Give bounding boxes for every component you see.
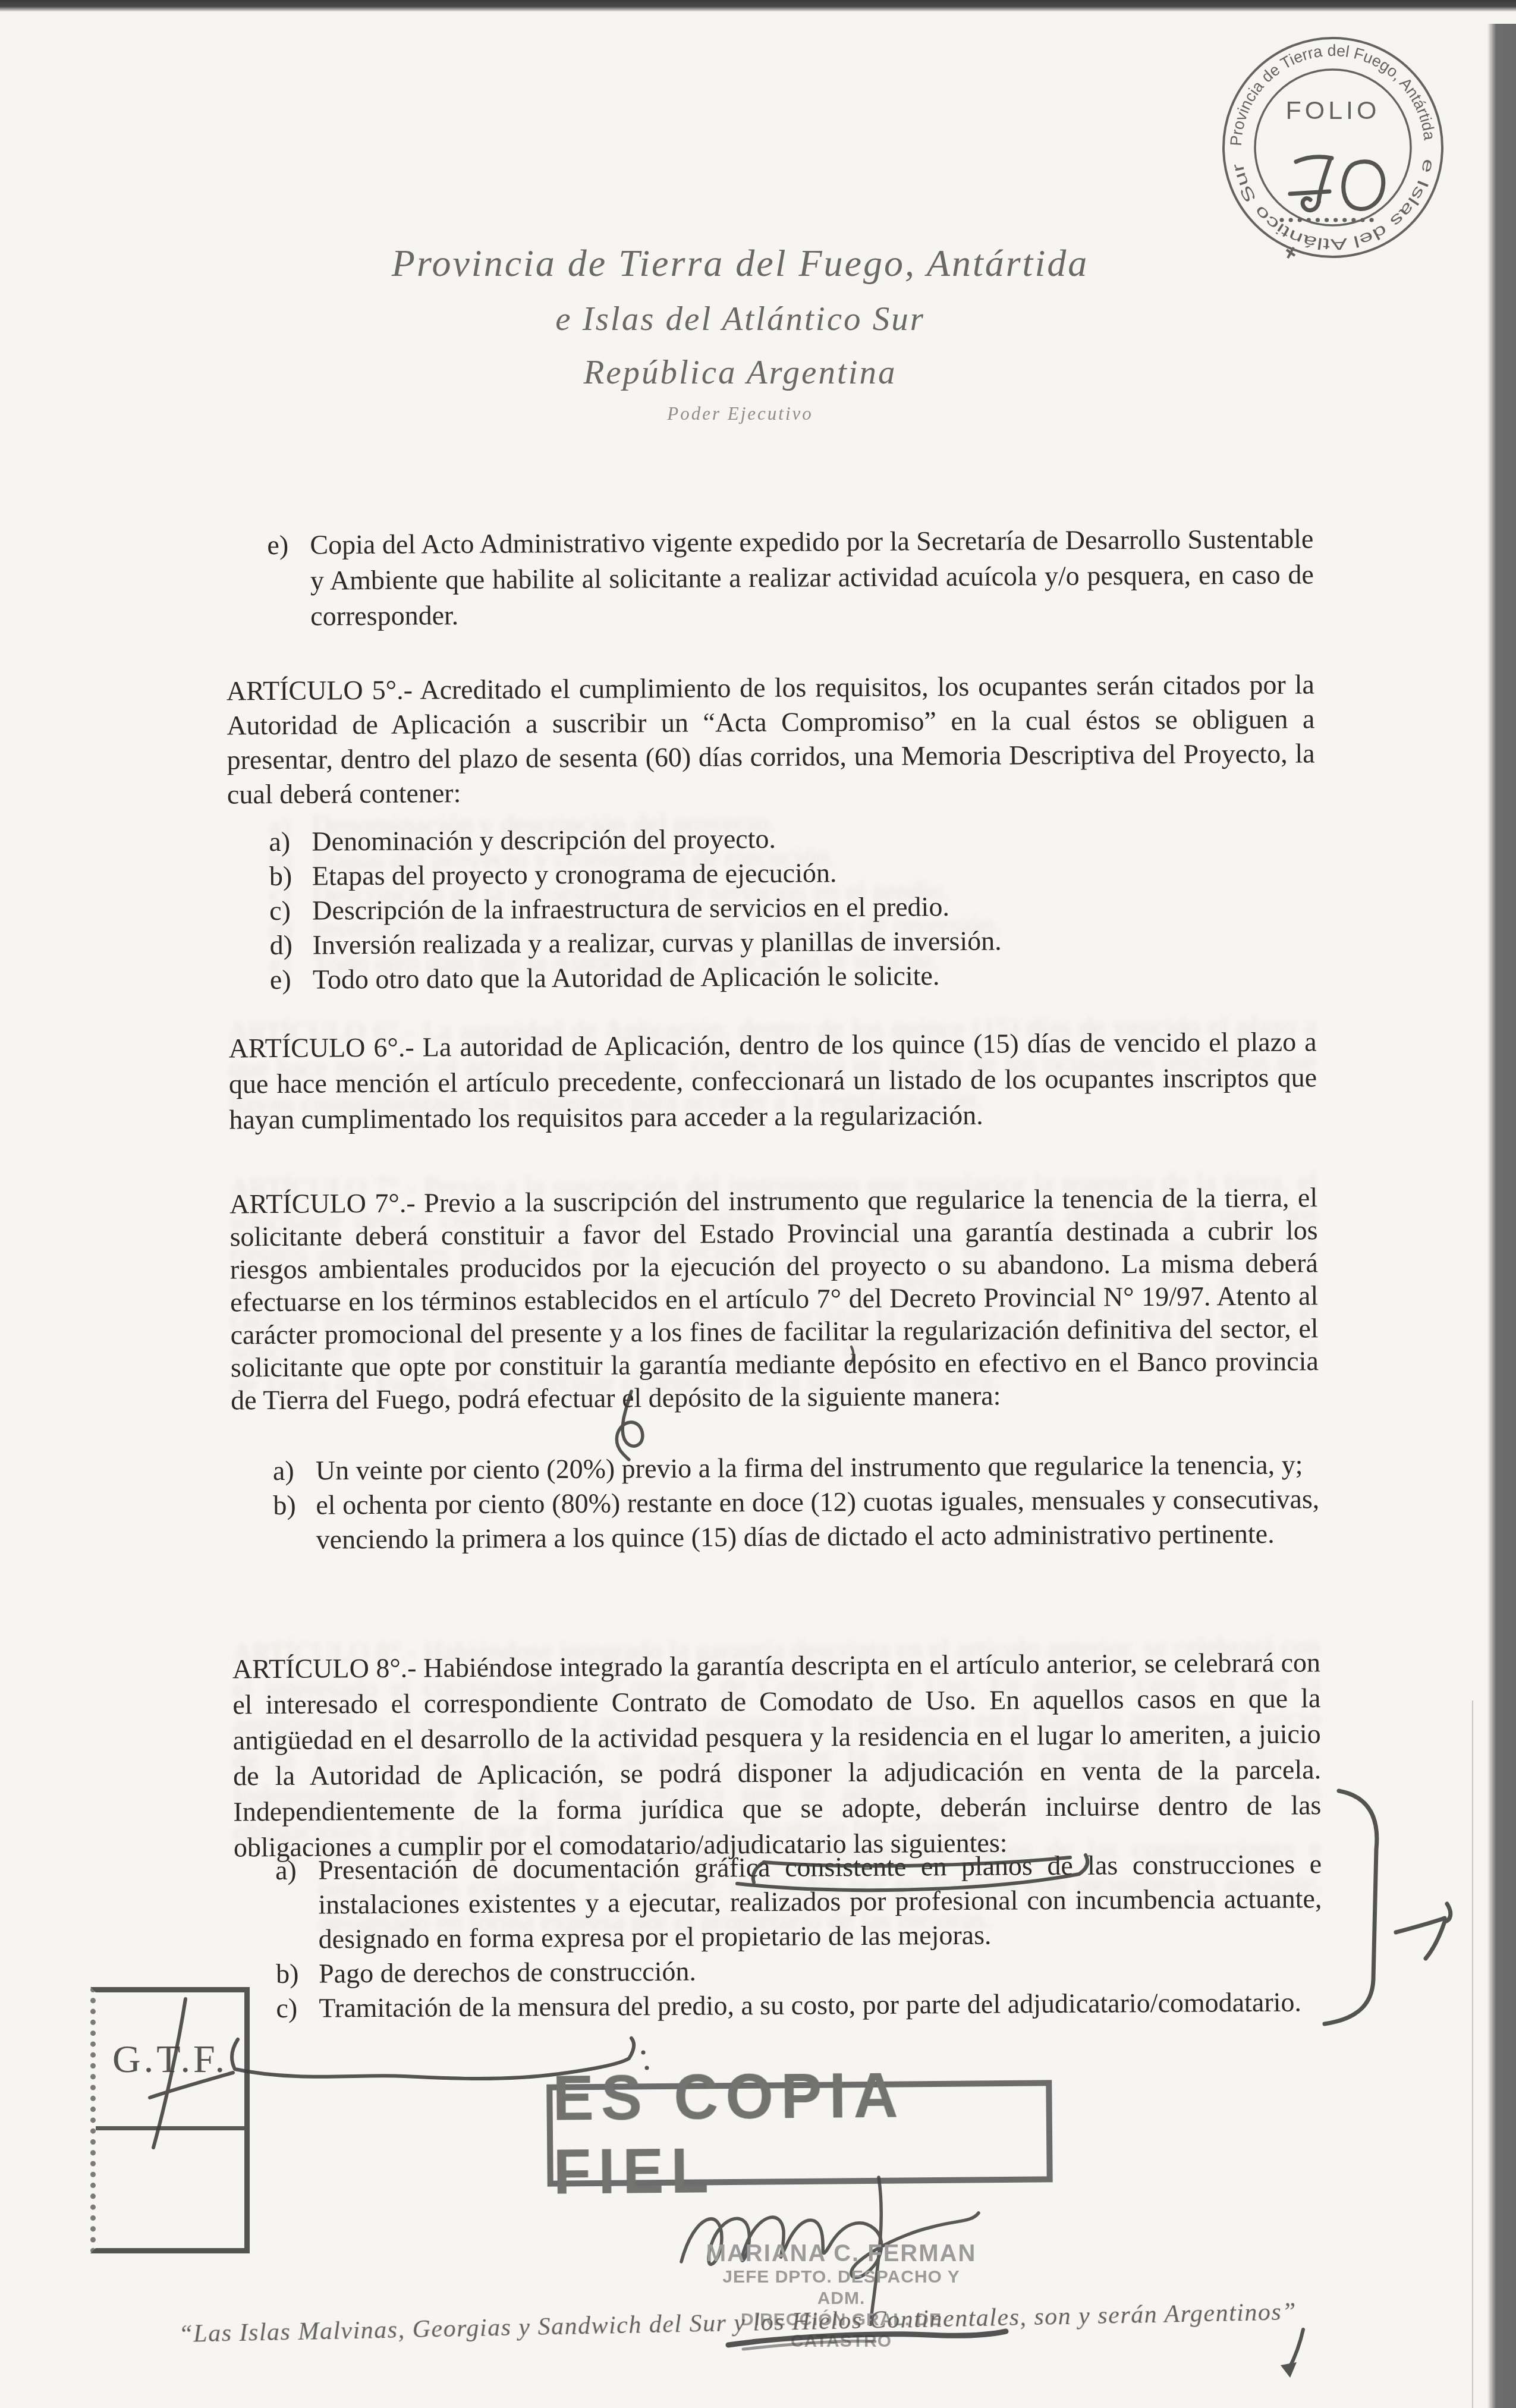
- list-item: d)Inversión realizada y a realizar, curv…: [269, 922, 1316, 963]
- list-item-text: Un veinte por ciento (20%) previo a la f…: [316, 1449, 1303, 1485]
- item-e-label: e): [267, 527, 310, 563]
- signer-title-1: JEFE DPTO. DESPACHO Y ADM.: [702, 2266, 981, 2309]
- list-item-text: Pago de derechos de construcción.: [319, 1956, 696, 1989]
- list-item-label: c): [269, 894, 312, 928]
- list-item-label: b): [273, 1488, 316, 1523]
- list-item: b)Pago de derechos de construcción.: [276, 1950, 1322, 1991]
- articulo-5-list: a)Denominación y descripción del proyect…: [269, 818, 1316, 997]
- list-item-text: Tramitación de la mensura del predio, a …: [319, 1986, 1301, 2023]
- list-item-label: e): [270, 963, 313, 997]
- list-item-text: Inversión realizada y a realizar, curvas…: [312, 925, 1001, 960]
- list-item-label: d): [269, 928, 312, 963]
- gtf-stamp: G.T.F.: [90, 1987, 250, 2253]
- list-item: a)Presentación de documentación gráfica …: [275, 1847, 1322, 1957]
- scanned-document-page: Provincia de Tierra del Fuego, Antártida…: [0, 0, 1516, 2408]
- articulo-8-paragraph: ARTÍCULO 8°.- Habiéndose integrado la ga…: [232, 1645, 1322, 1865]
- list-item-text: Presentación de documentación gráfica co…: [318, 1849, 1322, 1954]
- list-item-label: a): [273, 1454, 316, 1488]
- list-item: b)Etapas del proyecto y cronograma de ej…: [269, 853, 1316, 894]
- item-e-paragraph: e)Copia del Acto Administrativo vigente …: [267, 521, 1314, 634]
- list-item-text: Denominación y descripción del proyecto.: [312, 823, 776, 857]
- item-e-text: Copia del Acto Administrativo vigente ex…: [310, 523, 1314, 631]
- articulo-6-paragraph: ARTÍCULO 6°.- La autoridad de Aplicación…: [228, 1024, 1317, 1137]
- articulo-7-list: a)Un veinte por ciento (20%) previo a la…: [273, 1447, 1320, 1557]
- list-item-text: Todo otro dato que la Autoridad de Aplic…: [313, 960, 940, 994]
- list-item-text: Etapas del proyecto y cronograma de ejec…: [312, 857, 837, 891]
- list-item-text: el ochenta por ciento (80%) restante en …: [316, 1483, 1319, 1554]
- footer-quote-struck: Hielos Continentales: [792, 2304, 1020, 2336]
- articulo-7-paragraph: ARTÍCULO 7°.- Previo a la suscripción de…: [229, 1181, 1319, 1416]
- list-item: a)Denominación y descripción del proyect…: [269, 818, 1315, 859]
- footer-quote-end: , son y serán Argentinos”: [1020, 2298, 1297, 2331]
- list-item: a)Un veinte por ciento (20%) previo a la…: [273, 1447, 1319, 1488]
- list-item: b)el ochenta por ciento (80%) restante e…: [273, 1482, 1320, 1557]
- gtf-stamp-label: G.T.F.: [112, 2037, 228, 2082]
- articulo-5-paragraph: ARTÍCULO 5°.- Acreditado el cumplimiento…: [227, 667, 1315, 812]
- list-item-label: b): [269, 859, 312, 894]
- list-item-label: a): [269, 825, 312, 859]
- list-item-label: c): [276, 1991, 319, 2026]
- list-item-label: b): [276, 1957, 319, 1991]
- signer-name: MARIANA C. FERMAN: [702, 2240, 981, 2266]
- list-item: e)Todo otro dato que la Autoridad de Apl…: [270, 956, 1316, 997]
- list-item: c)Descripción de la infraestructura de s…: [269, 887, 1316, 928]
- list-item-label: a): [275, 1853, 318, 1888]
- articulo-8-list: a)Presentación de documentación gráfica …: [275, 1847, 1323, 2026]
- list-item-text: Descripción de la infraestructura de ser…: [312, 891, 949, 926]
- list-item: c)Tramitación de la mensura del predio, …: [276, 1985, 1322, 2026]
- gtf-stamp-upper-section: G.T.F.: [96, 1992, 244, 2130]
